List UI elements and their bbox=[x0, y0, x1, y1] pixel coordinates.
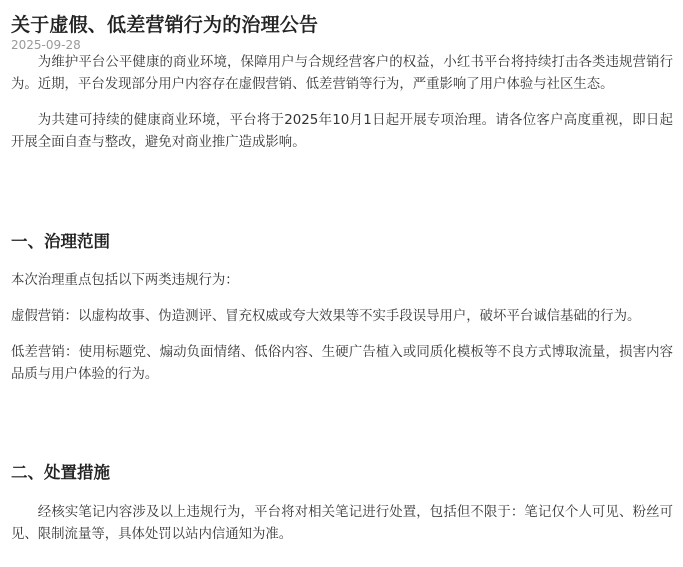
scope-low-quality-marketing-paragraph: 低差营销：使用标题党、煽动负面情绪、低俗内容、生硬广告植入或同质化模板等不良方式… bbox=[11, 342, 673, 386]
section-heading-scope: 一、治理范围 bbox=[11, 230, 110, 254]
measures-paragraph: 经核实笔记内容涉及以上违规行为，平台将对相关笔记进行处置，包括但不限于：笔记仅个… bbox=[11, 502, 673, 546]
scope-intro-paragraph: 本次治理重点包括以下两类违规行为： bbox=[11, 270, 673, 292]
section-heading-measures: 二、处置措施 bbox=[11, 461, 110, 485]
scope-false-marketing-paragraph: 虚假营销：以虚构故事、伪造测评、冒充权威或夸大效果等不实手段误导用户，破坏平台诚… bbox=[11, 306, 673, 328]
publish-date: 2025-09-28 bbox=[11, 38, 81, 52]
intro-paragraph-2: 为共建可持续的健康商业环境，平台将于2025年10月1日起开展专项治理。请各位客… bbox=[11, 110, 673, 154]
intro-paragraph-1: 为维护平台公平健康的商业环境，保障用户与合规经营客户的权益，小红书平台将持续打击… bbox=[11, 52, 673, 96]
page-title: 关于虚假、低差营销行为的治理公告 bbox=[11, 12, 318, 38]
